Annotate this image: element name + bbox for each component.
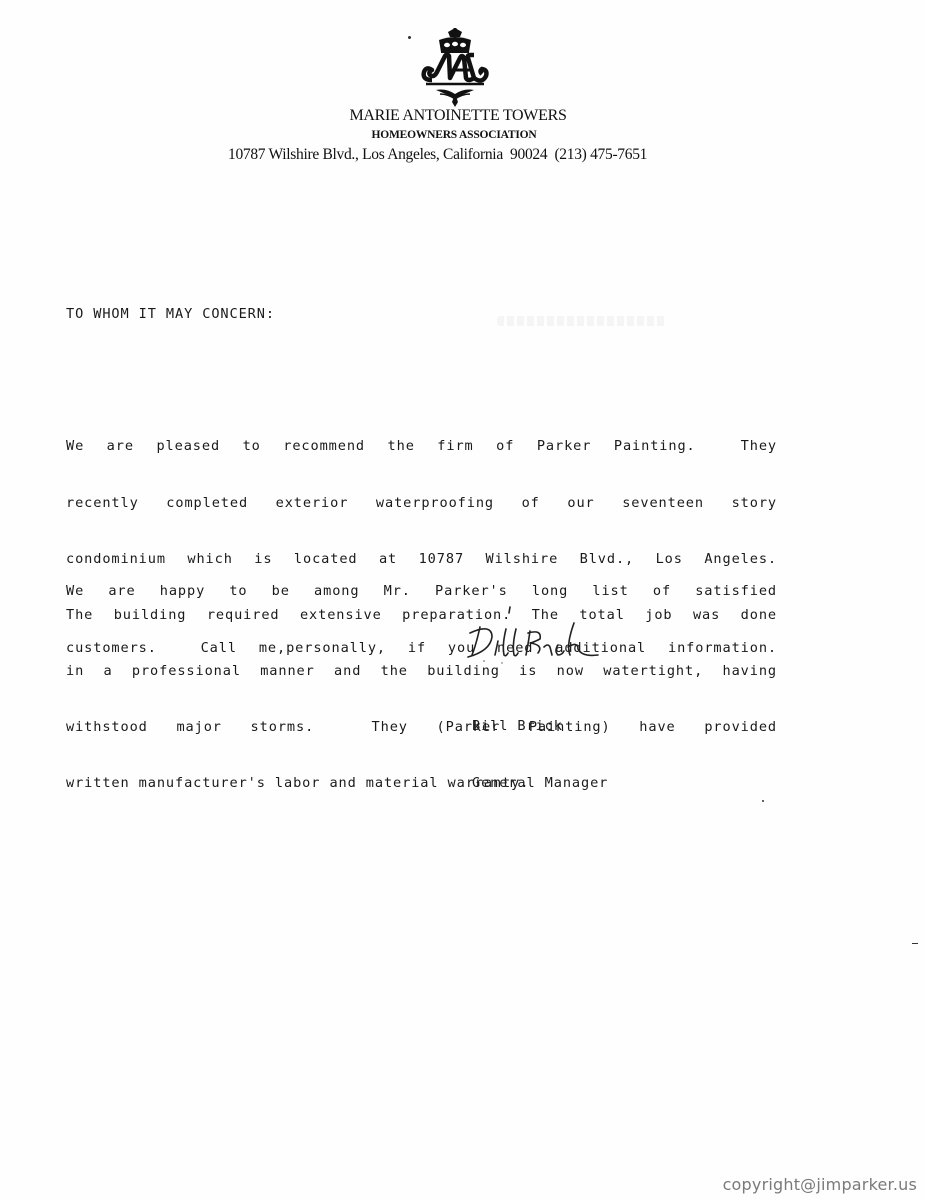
copyright-watermark: copyright@jimparker.us [723, 1175, 917, 1194]
paragraph-line: customers. Call me,personally, if you ne… [66, 639, 777, 658]
paragraph-line: We are happy to be among Mr. Parker's lo… [66, 582, 777, 601]
paragraph-line: withstood major storms. They (Parker Pai… [66, 718, 777, 737]
scan-speck [912, 943, 918, 944]
body-paragraph-2: We are happy to be among Mr. Parker's lo… [66, 545, 777, 695]
faded-mark [497, 316, 667, 326]
paragraph-line: We are pleased to recommend the firm of … [66, 437, 777, 456]
letter-page: MARIE ANTOINETTE TOWERS HOMEOWNERS ASSOC… [0, 0, 927, 1200]
crowned-ma-monogram-icon [412, 28, 498, 108]
organization-address: 10787 Wilshire Blvd., Los Angeles, Calif… [228, 146, 647, 164]
salutation: TO WHOM IT MAY CONCERN: [66, 306, 275, 322]
signature-block: Bill Brick General Manager [472, 679, 608, 831]
paragraph-line: written manufacturer's labor and materia… [66, 774, 777, 793]
scan-speck [408, 36, 411, 39]
signer-title: General Manager [472, 774, 608, 793]
handwritten-signature-icon [462, 605, 632, 665]
signer-name: Bill Brick [472, 717, 608, 736]
paragraph-line: recently completed exterior waterproofin… [66, 494, 777, 513]
scan-speck [762, 800, 764, 802]
organization-name: MARIE ANTOINETTE TOWERS [0, 107, 900, 125]
organization-subtitle: HOMEOWNERS ASSOCIATION [0, 129, 900, 141]
